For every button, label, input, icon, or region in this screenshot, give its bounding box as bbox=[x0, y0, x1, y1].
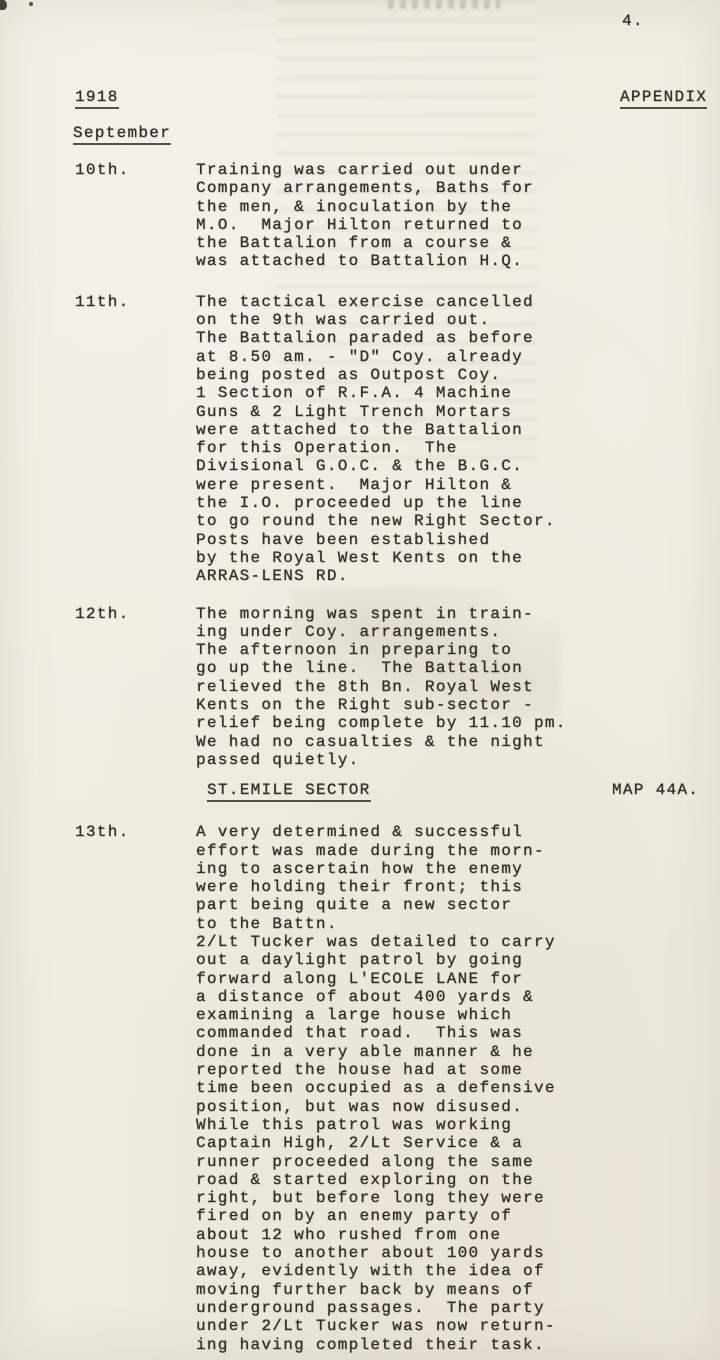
entry-line: out a daylight patrol by going bbox=[196, 951, 720, 969]
diary-entry: 12th.The morning was spent in train-ing … bbox=[0, 605, 720, 770]
entry-line: right, but before long they were bbox=[196, 1189, 720, 1207]
entry-line: being posted as Outpost Coy. bbox=[196, 366, 720, 384]
entry-line: position, but was now disused. bbox=[196, 1098, 720, 1116]
page-number: 4. bbox=[622, 12, 644, 30]
entry-line: relief being complete by 11.10 pm. bbox=[196, 714, 720, 732]
month-heading: September bbox=[73, 124, 171, 145]
entry-body: A very determined & successfuleffort was… bbox=[196, 823, 720, 1354]
entry-line: fired on by an enemy party of bbox=[196, 1207, 720, 1225]
entry-body: The morning was spent in train-ing under… bbox=[196, 605, 720, 770]
entry-line: on the 9th was carried out. bbox=[196, 311, 720, 329]
diary-entry: 10th.Training was carried out underCompa… bbox=[0, 161, 720, 271]
entry-date: 13th. bbox=[75, 823, 130, 841]
year-heading: 1918 bbox=[75, 88, 119, 109]
entry-line: done in a very able manner & he bbox=[196, 1043, 720, 1061]
entry-line: Kents on the Right sub-sector - bbox=[196, 696, 720, 714]
entry-line: runner proceeded along the same bbox=[196, 1153, 720, 1171]
entry-date: 10th. bbox=[75, 161, 130, 179]
entry-date: 12th. bbox=[75, 605, 130, 623]
entry-line: A very determined & successful bbox=[196, 823, 720, 841]
entry-line: were attached to the Battalion bbox=[196, 421, 720, 439]
entry-line: ing under Coy. arrangements. bbox=[196, 623, 720, 641]
entry-line: Captain High, 2/Lt Service & a bbox=[196, 1134, 720, 1152]
scan-top-smudge bbox=[388, 0, 500, 9]
entry-line: by the Royal West Kents on the bbox=[196, 549, 720, 567]
entry-line: to go round the new Right Sector. bbox=[196, 512, 720, 530]
diary-entry: 11th.The tactical exercise cancelledon t… bbox=[0, 293, 720, 586]
entry-line: ing having completed their task. bbox=[196, 1336, 720, 1354]
entry-line: about 12 who rushed from one bbox=[196, 1226, 720, 1244]
entry-line: part being quite a new sector bbox=[196, 896, 720, 914]
month-heading-text: September bbox=[73, 124, 171, 145]
entry-line: the I.O. proceeded up the line bbox=[196, 494, 720, 512]
entry-line: time been occupied as a defensive bbox=[196, 1079, 720, 1097]
entry-line: a distance of about 400 yards & bbox=[196, 988, 720, 1006]
entry-line: road & started exploring on the bbox=[196, 1171, 720, 1189]
entry-line: Training was carried out under bbox=[196, 161, 720, 179]
entry-line: were holding their front; this bbox=[196, 878, 720, 896]
entry-line: The Battalion paraded as before bbox=[196, 329, 720, 347]
appendix-heading-text: APPENDIX bbox=[620, 88, 707, 109]
scanned-war-diary-page: 4. 1918 APPENDIX September 10th.Training… bbox=[0, 0, 720, 1360]
entry-line: ARRAS-LENS RD. bbox=[196, 567, 720, 585]
sector-heading-row: ST.EMILE SECTORMAP 44A. bbox=[207, 781, 720, 805]
sector-heading: ST.EMILE SECTOR bbox=[207, 781, 371, 802]
entry-line: M.O. Major Hilton returned to bbox=[196, 216, 720, 234]
year-heading-text: 1918 bbox=[75, 88, 119, 109]
entry-line: effort was made during the morn- bbox=[196, 842, 720, 860]
entry-line: were present. Major Hilton & bbox=[196, 476, 720, 494]
entry-line: 1 Section of R.F.A. 4 Machine bbox=[196, 384, 720, 402]
entry-body: The tactical exercise cancelledon the 9t… bbox=[196, 293, 720, 586]
entry-line: passed quietly. bbox=[196, 751, 720, 769]
entry-line: reported the house had at some bbox=[196, 1061, 720, 1079]
entry-line: 2/Lt Tucker was detailed to carry bbox=[196, 933, 720, 951]
entry-body: Training was carried out underCompany ar… bbox=[196, 161, 720, 271]
entry-line: We had no casualties & the night bbox=[196, 733, 720, 751]
scan-edge-speck bbox=[0, 0, 7, 10]
diary-entries: 10th.Training was carried out underCompa… bbox=[0, 161, 720, 1354]
entry-line: the men, & inoculation by the bbox=[196, 198, 720, 216]
appendix-heading: APPENDIX bbox=[620, 88, 707, 109]
entry-line: under 2/Lt Tucker was now return- bbox=[196, 1317, 720, 1335]
entry-line: to the Battn. bbox=[196, 915, 720, 933]
entry-line: away, evidently with the idea of bbox=[196, 1262, 720, 1280]
entry-line: for this Operation. The bbox=[196, 439, 720, 457]
entry-line: The afternoon in preparing to bbox=[196, 641, 720, 659]
entry-line: house to another about 100 yards bbox=[196, 1244, 720, 1262]
entry-line: Divisional G.O.C. & the B.G.C. bbox=[196, 457, 720, 475]
entry-line: underground passages. The party bbox=[196, 1299, 720, 1317]
scan-dust-speck bbox=[29, 2, 33, 6]
map-reference: MAP 44A. bbox=[612, 781, 699, 799]
entry-line: at 8.50 am. - "D" Coy. already bbox=[196, 348, 720, 366]
entry-line: relieved the 8th Bn. Royal West bbox=[196, 678, 720, 696]
entry-line: Company arrangements, Baths for bbox=[196, 179, 720, 197]
entry-line: The morning was spent in train- bbox=[196, 605, 720, 623]
entry-date: 11th. bbox=[75, 293, 130, 311]
entry-line: Posts have been established bbox=[196, 531, 720, 549]
entry-line: Guns & 2 Light Trench Mortars bbox=[196, 403, 720, 421]
entry-line: examining a large house which bbox=[196, 1006, 720, 1024]
entry-line: The tactical exercise cancelled bbox=[196, 293, 720, 311]
diary-entry: 13th.A very determined & successfuleffor… bbox=[0, 823, 720, 1354]
entry-line: go up the line. The Battalion bbox=[196, 659, 720, 677]
entry-line: moving further back by means of bbox=[196, 1281, 720, 1299]
entry-line: commanded that road. This was bbox=[196, 1024, 720, 1042]
entry-line: While this patrol was working bbox=[196, 1116, 720, 1134]
entry-line: ing to ascertain how the enemy bbox=[196, 860, 720, 878]
entry-line: the Battalion from a course & bbox=[196, 234, 720, 252]
entry-line: forward along L'ECOLE LANE for bbox=[196, 970, 720, 988]
entry-line: was attached to Battalion H.Q. bbox=[196, 252, 720, 270]
